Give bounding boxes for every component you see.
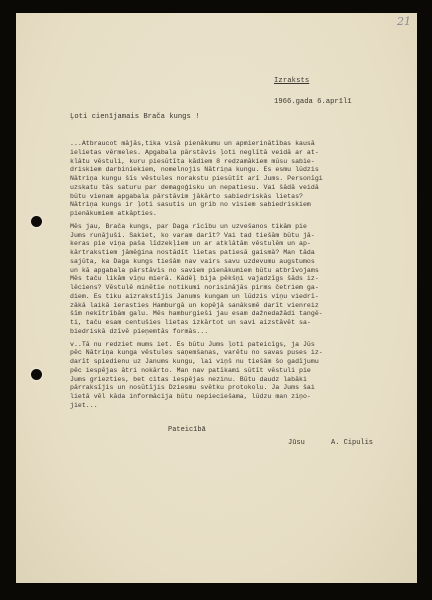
line: ...Atbraucot mājās,tika visā pienākumu u…	[70, 140, 400, 149]
document-label: Izraksts	[274, 77, 309, 85]
binder-hole-top	[31, 216, 42, 227]
line: lēciens? Vēstulē minētie notikumi norisi…	[70, 284, 400, 293]
line: Nātriņa kungu šīs vēstules norakstu pies…	[70, 175, 400, 184]
line: pēc iespējas ātri nokārto. Man nav patīk…	[70, 367, 400, 376]
line: driskiem darbiniekiem, nomelnojis Nātriņ…	[70, 166, 400, 175]
line: klātu vēstuli, kuru piesūtīta kādiem 8 r…	[70, 158, 400, 167]
signature-prefix: Jūsu	[288, 439, 305, 447]
line: sajūta, ka Daga kungs tiešām nav vairs s…	[70, 258, 400, 267]
paragraph-2: Mēs jau, Brača kungs, par Daga rīcību un…	[70, 223, 400, 337]
line: jiet...	[70, 402, 400, 411]
signature-name: A. Cipulis	[331, 439, 373, 447]
line: Jums griezties, bet citas iespējas nezin…	[70, 376, 400, 385]
line: būtu vienam apgabala pārstāvim jākārto s…	[70, 193, 400, 202]
closing: Pateicībā	[168, 426, 206, 434]
line: ti, taču esam centušies lietas izkārtot …	[70, 319, 400, 328]
paragraph-3: v..Tā nu redziet mums iet. Es būtu Jums …	[70, 341, 400, 411]
line: Nātriņa kungs ir ļoti sasutis un grib no…	[70, 201, 400, 210]
line: Mēs taču likām viņu mierā. Kādēļ bija pē…	[70, 275, 400, 284]
line: v..Tā nu redziet mums iet. Es būtu Jums …	[70, 341, 400, 350]
line: Mēs jau, Brača kungs, par Daga rīcību un…	[70, 223, 400, 232]
page-number: 21	[397, 15, 411, 28]
line: ielietas vērmeles. Apgabala pārstāvis ļo…	[70, 149, 400, 158]
line: keras pie viņa paša līdzekļiem un ar atk…	[70, 240, 400, 249]
document-date: 1966.gada 6.aprīlī	[274, 98, 352, 106]
letter-body: ...Atbraucot mājās,tika visā pienākumu u…	[70, 140, 400, 415]
line: šīm nekītrībām galu. Mēs hamburgieši jau…	[70, 310, 400, 319]
paragraph-1: ...Atbraucot mājās,tika visā pienākumu u…	[70, 140, 400, 219]
salutation: Ļoti cienījamais Brača kungs !	[70, 113, 199, 121]
line: un kā apgabala pārstāvis no saviem pienā…	[70, 267, 400, 276]
line: diem. Es tiku aizrakstījis Janums kungam…	[70, 293, 400, 302]
line: lietā vēl kāda informācija būtu nepiecie…	[70, 393, 400, 402]
binder-hole-bottom	[31, 369, 42, 380]
line: zākā laikā ierasties Hamburgā un kopējā …	[70, 302, 400, 311]
line: darīt spiedienu uz Janums kungu, lai viņ…	[70, 358, 400, 367]
line: biedriskā dzīvē pieņemtās formās...	[70, 328, 400, 337]
line: Jums runājuši. Sakiet, ko varam darīt? V…	[70, 232, 400, 241]
line: kārtrakstiem jāmēģina nostādīt lietas pa…	[70, 249, 400, 258]
line: pēc Nātriņa kunga vēstules saņemšanas, v…	[70, 349, 400, 358]
line: pienākumiem atkāpties.	[70, 210, 400, 219]
line: pārraksījis un nosūtījis Dziesmu svētku …	[70, 384, 400, 393]
line: uzskatu tās saturu par demagoģisku un ne…	[70, 184, 400, 193]
